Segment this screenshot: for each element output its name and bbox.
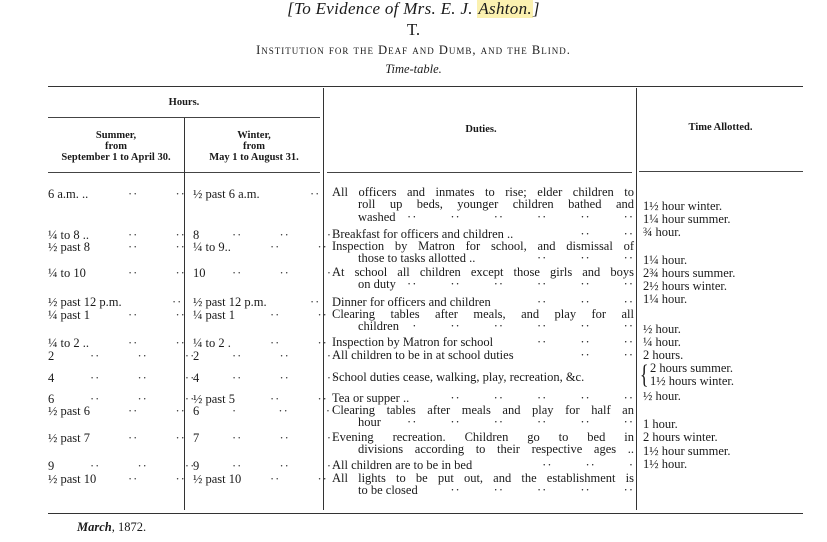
leader-dots: ·· ·· [270,473,328,485]
leader-dots: ·· ·· [128,241,186,253]
evidence-reference: [To Evidence of Mrs. E. J. Ashton.] [0,0,827,19]
time-allotted: 1¼ hour. [643,293,687,305]
summer-time: 6 a.m. .. [48,188,88,200]
winter-time: 4 [193,372,199,384]
duties-header-bottom-rule [327,172,632,173]
winter-time: ¼ to 2 . [193,337,231,349]
time-allotted: ½ hour. [643,390,681,402]
summer-header: Summer, from September 1 to April 30. [48,130,184,163]
evidence-prefix: [To Evidence of Mrs. E. J. [287,0,477,18]
duty-entry: All children to be in at school duties··… [332,349,634,361]
leader-dots: ·· ·· [128,267,186,279]
duty-entry: School duties cease, walking, play, recr… [332,371,634,383]
duty-line: School duties cease, walking, play, recr… [332,370,584,384]
duty-line: All children are to be in bed [332,458,472,472]
winter-time: 10 [193,267,206,279]
duty-line: washed·· ·· ·· ·· ·· ·· [332,211,634,223]
winter-time: 9 [193,460,199,472]
table-top-rule [48,86,803,87]
leader-dots: · ·· ·· [232,405,336,417]
document-date: March, 1872. [77,520,146,535]
leader-dots: ·· ·· [128,337,186,349]
summer-time: ¼ past 1 [48,309,90,321]
duties-header: Duties. [326,124,636,135]
winter-header-line: from [186,141,322,152]
leader-dots: ·· ·· [270,337,328,349]
leader-dots: ·· [310,188,320,200]
time-allotted: 1½ hour winter. [643,200,722,212]
winter-time: 2 [193,350,199,362]
table-bottom-rule [48,513,803,514]
duty-entry: All children are to be in bed·· ·· · [332,459,634,471]
duty-entry: At school all children except those girl… [332,266,634,291]
leader-dots: ·· ·· ·· [90,460,195,472]
winter-header-line: May 1 to August 31. [186,152,322,163]
highlighted-name: Ashton. [477,0,533,18]
summer-time: 4 [48,372,54,384]
summer-time: 2 [48,350,54,362]
summer-header-line: Summer, [48,130,184,141]
winter-time: ½ past 12 p.m. [193,296,267,308]
summer-time: ½ past 8 [48,241,90,253]
time-allotted: 1½ hours winter. [650,375,734,387]
duty-line: Inspection by Matron for school [332,335,493,349]
time-allotted: 2½ hours winter. [643,280,727,292]
winter-time: ½ past 6 a.m. [193,188,260,200]
leader-dots: ·· ·· ·· [90,372,195,384]
time-allotted: 2¾ hours summer. [643,267,735,279]
summer-header-line: September 1 to April 30. [48,152,184,163]
duty-line: children· ·· ·· ·· ·· ·· [332,320,634,332]
hours-header: Hours. [48,97,320,108]
duty-entry: All officers and inmates to rise; elder … [332,186,634,223]
document-subtitle: Time-table. [0,62,827,77]
duty-entry: Inspection by Matron for school·· ·· ·· [332,336,634,348]
duty-entry: All lights to be put out, and the establ… [332,472,634,497]
winter-time: 7 [193,432,199,444]
duties-time-divider [636,88,637,510]
winter-time: ½ past 5 [193,393,235,405]
leader-dots: ·· ·· [270,241,328,253]
leader-dots: ·· ·· [128,188,186,200]
duty-entry: Inspection by Matron for school, and dis… [332,240,634,265]
time-header-bottom-rule [639,171,803,172]
leader-dots: ·· ·· ·· [232,350,337,362]
leader-dots: ·· [172,296,182,308]
brace-icon: { [640,363,649,387]
time-allotted: 2 hours. [643,349,683,361]
hours-duties-divider [323,88,324,510]
date-year: , 1872. [112,520,146,534]
leader-dots: ·· ·· ·· [232,372,337,384]
time-allotted: 1¼ hour. [643,254,687,266]
leader-dots: ·· ·· [270,309,328,321]
winter-time: 6 [193,405,199,417]
leader-dots: ·· ·· ·· [90,350,195,362]
leader-dots: ·· ·· [128,432,186,444]
leader-dots: ·· ·· ·· [232,432,337,444]
time-allotted: 2 hours winter. [643,431,718,443]
evidence-suffix: ] [533,0,540,18]
summer-time: ½ past 12 p.m. [48,296,122,308]
time-allotted: 2 hours summer. [650,362,733,374]
winter-header: Winter, from May 1 to August 31. [186,130,322,163]
time-allotted: 1½ hour. [643,458,687,470]
summer-header-line: from [48,141,184,152]
date-month: March [77,520,112,534]
winter-time: ½ past 10 [193,473,241,485]
time-allotted: ¾ hour. [643,226,681,238]
summer-time: ½ past 6 [48,405,90,417]
summer-time: ¼ to 2 .. [48,337,89,349]
duty-entry: Clearing tables after meals and play for… [332,404,634,429]
time-allotted: 1½ hour summer. [643,445,731,457]
time-allotted: 1¼ hour summer. [643,213,731,225]
duty-line: those to tasks allotted ..·· ·· ·· [332,252,634,264]
institution-title: Institution for the Deaf and Dumb, and t… [0,43,827,58]
leader-dots: ·· ·· ·· [232,460,337,472]
duty-line: All children to be in at school duties [332,348,514,362]
summer-time: ½ past 7 [48,432,90,444]
winter-header-line: Winter, [186,130,322,141]
duty-entry: Clearing tables after meals, and play fo… [332,308,634,333]
leader-dots: ·· [310,296,320,308]
leader-dots: ·· ·· [128,405,186,417]
summer-time: ¼ to 10 [48,267,86,279]
winter-time: ¼ past 1 [193,309,235,321]
leader-dots: ·· ·· [128,473,186,485]
duty-line: on duty·· ·· ·· ·· ·· ·· [332,278,634,290]
time-allotted: 1 hour. [643,418,678,430]
duty-line: hour·· ·· ·· ·· ·· ·· [332,416,634,428]
time-allotted: ¼ hour. [643,336,681,348]
summer-time: 9 [48,460,54,472]
appendix-letter: T. [0,20,827,40]
duty-entry: Evening recreation. Children go to bed i… [332,431,634,456]
duty-line: divisions according to their respective … [332,443,634,455]
time-allotted-header: Time Allotted. [638,122,803,133]
winter-time: ¼ to 9.. [193,241,231,253]
leader-dots: ·· ·· [128,309,186,321]
time-allotted: ½ hour. [643,323,681,335]
duty-line: to be closed·· ·· ·· ·· ·· [332,484,634,496]
summer-time: ½ past 10 [48,473,96,485]
leader-dots: ·· ·· ·· [232,267,337,279]
